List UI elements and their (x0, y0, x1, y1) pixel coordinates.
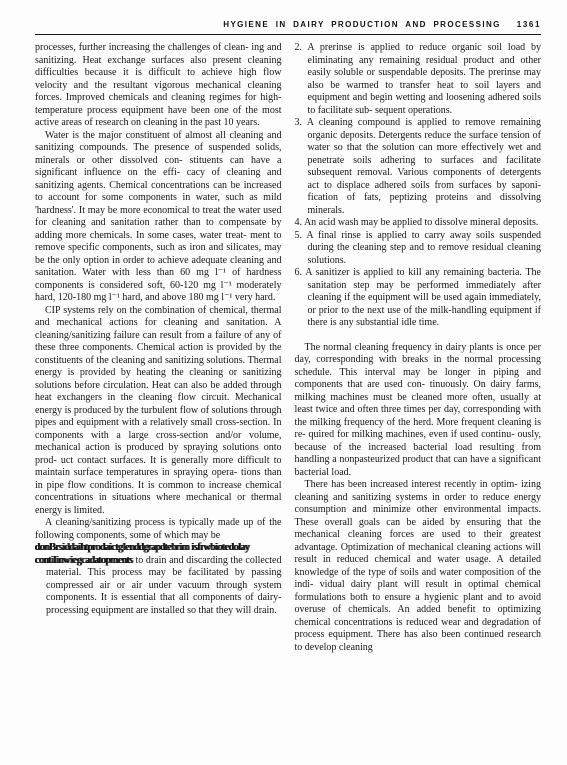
list-item-5: 5. A final rinse is applied to carry awa… (295, 230, 542, 268)
paragraph-water-constituent: Water is the major constituent of almost… (35, 130, 282, 305)
paragraph-cleaning-frequency: The normal cleaning frequency in dairy p… (295, 342, 542, 480)
right-column: 2. A prerinse is applied to reduce organ… (295, 42, 542, 654)
page-header: HYGIENE IN DAIRY PRODUCTION AND PROCESSI… (35, 20, 541, 35)
page-number: 1361 (517, 20, 541, 29)
garbled-overprint-word: contilinwiegcadatopments (35, 555, 133, 566)
list-item-number: 3. (295, 117, 303, 128)
garbled-overprint-line: donBrsiddaihtprodaictglenddgrapdtebrim i… (35, 542, 282, 555)
running-head-title: HYGIENE IN DAIRY PRODUCTION AND PROCESSI… (223, 20, 501, 29)
list-item-6: 6. A sanitizer is applied to kill any re… (295, 267, 542, 330)
list-item-text: A sanitizer is applied to kill any remai… (305, 267, 541, 328)
paragraph-cip-systems: CIP systems rely on the combination of c… (35, 305, 282, 518)
left-column: processes, further increasing the challe… (35, 42, 282, 654)
list-item-number: 2. (295, 42, 303, 53)
list-item-text: A prerinse is applied to reduce organic … (307, 42, 541, 116)
paragraph-optimization-interest: There has been increased interest recent… (295, 479, 542, 654)
list-item-1: contilinwiegcadatopments to drain and di… (35, 555, 282, 618)
list-item-3: 3. A cleaning compound is applied to rem… (295, 117, 542, 217)
list-item-2: 2. A prerinse is applied to reduce organ… (295, 42, 542, 117)
list-item-text: An acid wash may be applied to dissolve … (304, 217, 538, 228)
paragraph-process-components: A cleaning/sanitizing process is typical… (35, 517, 282, 542)
list-item-number: 4. (295, 217, 303, 228)
two-column-body: processes, further increasing the challe… (35, 42, 541, 654)
list-item-4: 4. An acid wash may be applied to dissol… (295, 217, 542, 230)
paragraph-cleaning-challenges: processes, further increasing the challe… (35, 42, 282, 130)
document-page: HYGIENE IN DAIRY PRODUCTION AND PROCESSI… (0, 0, 567, 765)
list-item-number: 6. (295, 267, 303, 278)
list-item-text: A cleaning compound is applied to remove… (307, 117, 541, 216)
list-item-number: 5. (295, 230, 303, 241)
list-item-text: A final rinse is applied to carry away s… (306, 230, 541, 266)
